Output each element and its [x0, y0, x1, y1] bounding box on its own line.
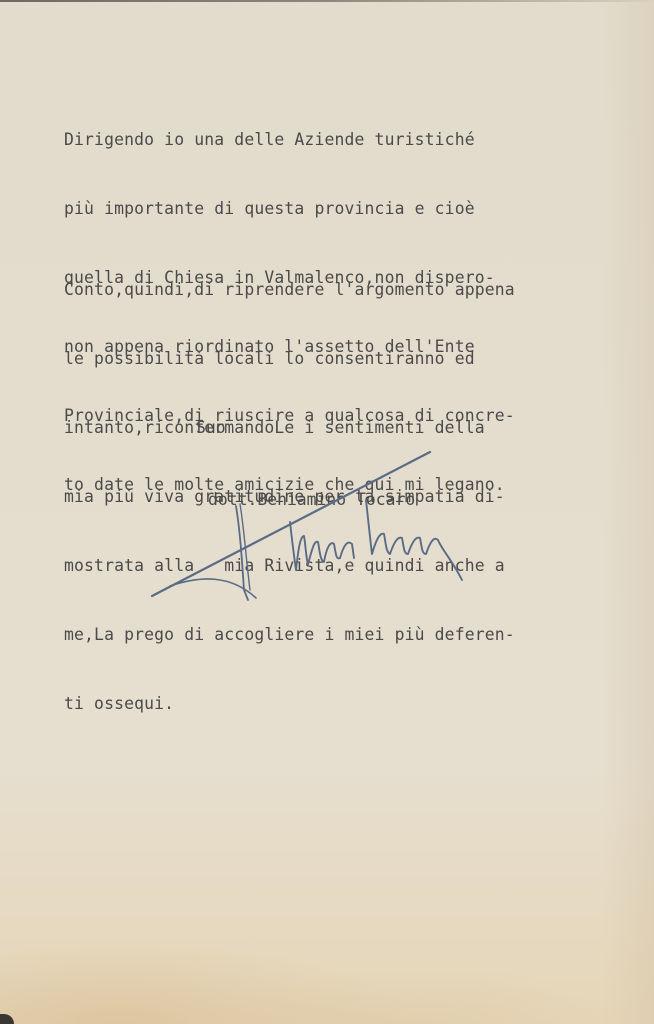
closing-salutation: Suo [196, 418, 226, 437]
text-line: più importante di questa provincia e cio… [64, 197, 515, 220]
handwritten-signature-icon [140, 440, 480, 610]
text-line: Conto,quindi,di riprendere l'argomento a… [64, 278, 515, 301]
text-line: ti ossequi. [64, 692, 515, 715]
text-line: me,La prego di accogliere i miei più def… [64, 623, 515, 646]
text-line: Dirigendo io una delle Aziende turistich… [64, 128, 515, 151]
text-line: le possibilità locali lo consentiranno e… [64, 347, 515, 370]
page-top-edge [0, 0, 654, 2]
text-line: intanto,riconfermandoLe i sentimenti del… [64, 416, 515, 439]
